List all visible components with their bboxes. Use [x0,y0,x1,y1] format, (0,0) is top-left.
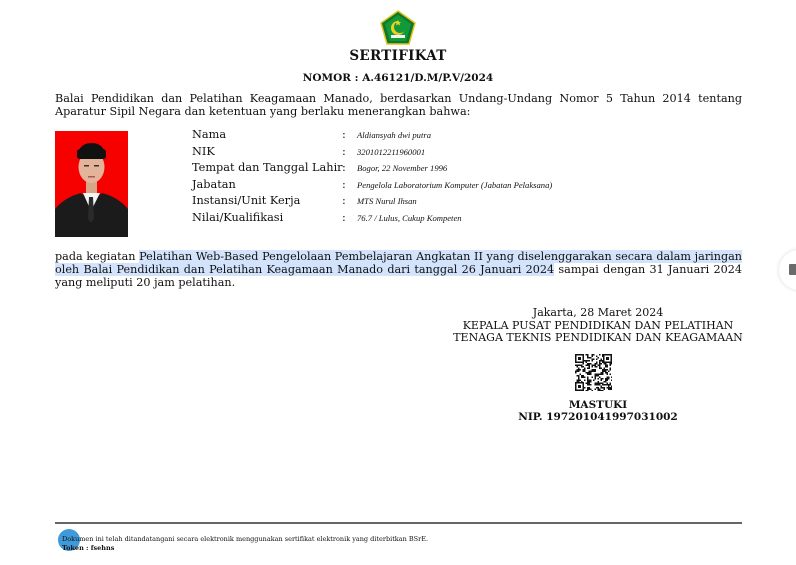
signer-name: MASTUKI [440,399,756,411]
qr-code-icon [575,354,612,391]
recipient-photo [55,131,128,237]
activity-prefix: pada kegiatan [55,250,139,263]
activity-paragraph: pada kegiatan Pelatihan Web-Based Pengel… [55,250,742,289]
field-label: Nama [192,128,226,141]
intro-paragraph: Balai Pendidikan dan Pelatihan Keagamaan… [55,92,742,118]
field-label: Tempat dan Tanggal Lahir [192,161,343,174]
side-panel-toggle-button[interactable] [779,250,796,290]
field-colon: : [342,128,346,141]
signer-nip: NIP. 197201041997031002 [440,411,756,423]
field-value: Bogor, 22 November 1996 [357,163,447,173]
field-value: Pengelola Laboratorium Komputer (Jabatan… [357,180,552,190]
certificate-title: SERTIFIKAT [0,48,796,64]
signer-block: MASTUKI NIP. 197201041997031002 [440,399,756,423]
field-colon: : [342,194,346,207]
field-colon: : [342,178,346,191]
field-value: 3201012211960001 [357,147,425,157]
e-sign-notice: Dokumen ini telah ditandatangani secara … [62,535,428,544]
certificate-page: SERTIFIKAT NOMOR : A.46121/D.M/P.V/2024 … [0,0,796,565]
field-label: Jabatan [192,178,236,191]
footer-note: Dokumen ini telah ditandatangani secara … [62,535,428,553]
place-date: Jakarta, 28 Maret 2024 [440,307,756,320]
field-value: Aldiansyah dwi putra [357,130,431,140]
signer-position-line2: TENAGA TEKNIS PENDIDIKAN DAN KEAGAMAAN [440,332,756,345]
field-label: NIK [192,145,215,158]
field-label: Instansi/Unit Kerja [192,194,300,207]
field-colon: : [342,161,346,174]
kemenag-emblem-icon [380,10,416,46]
field-colon: : [342,145,346,158]
certificate-number: NOMOR : A.46121/D.M/P.V/2024 [0,72,796,84]
footer-divider [55,522,742,524]
signature-block: Jakarta, 28 Maret 2024 KEPALA PUSAT PEND… [440,307,756,345]
field-value: MTS Nurul Ihsan [357,196,417,206]
field-label: Nilai/Kualifikasi [192,211,283,224]
field-value: 76.7 / Lulus, Cukup Kompeten [357,213,462,223]
field-colon: : [342,211,346,224]
panel-icon [789,264,796,275]
token-text: Token : fsehns [62,544,428,553]
